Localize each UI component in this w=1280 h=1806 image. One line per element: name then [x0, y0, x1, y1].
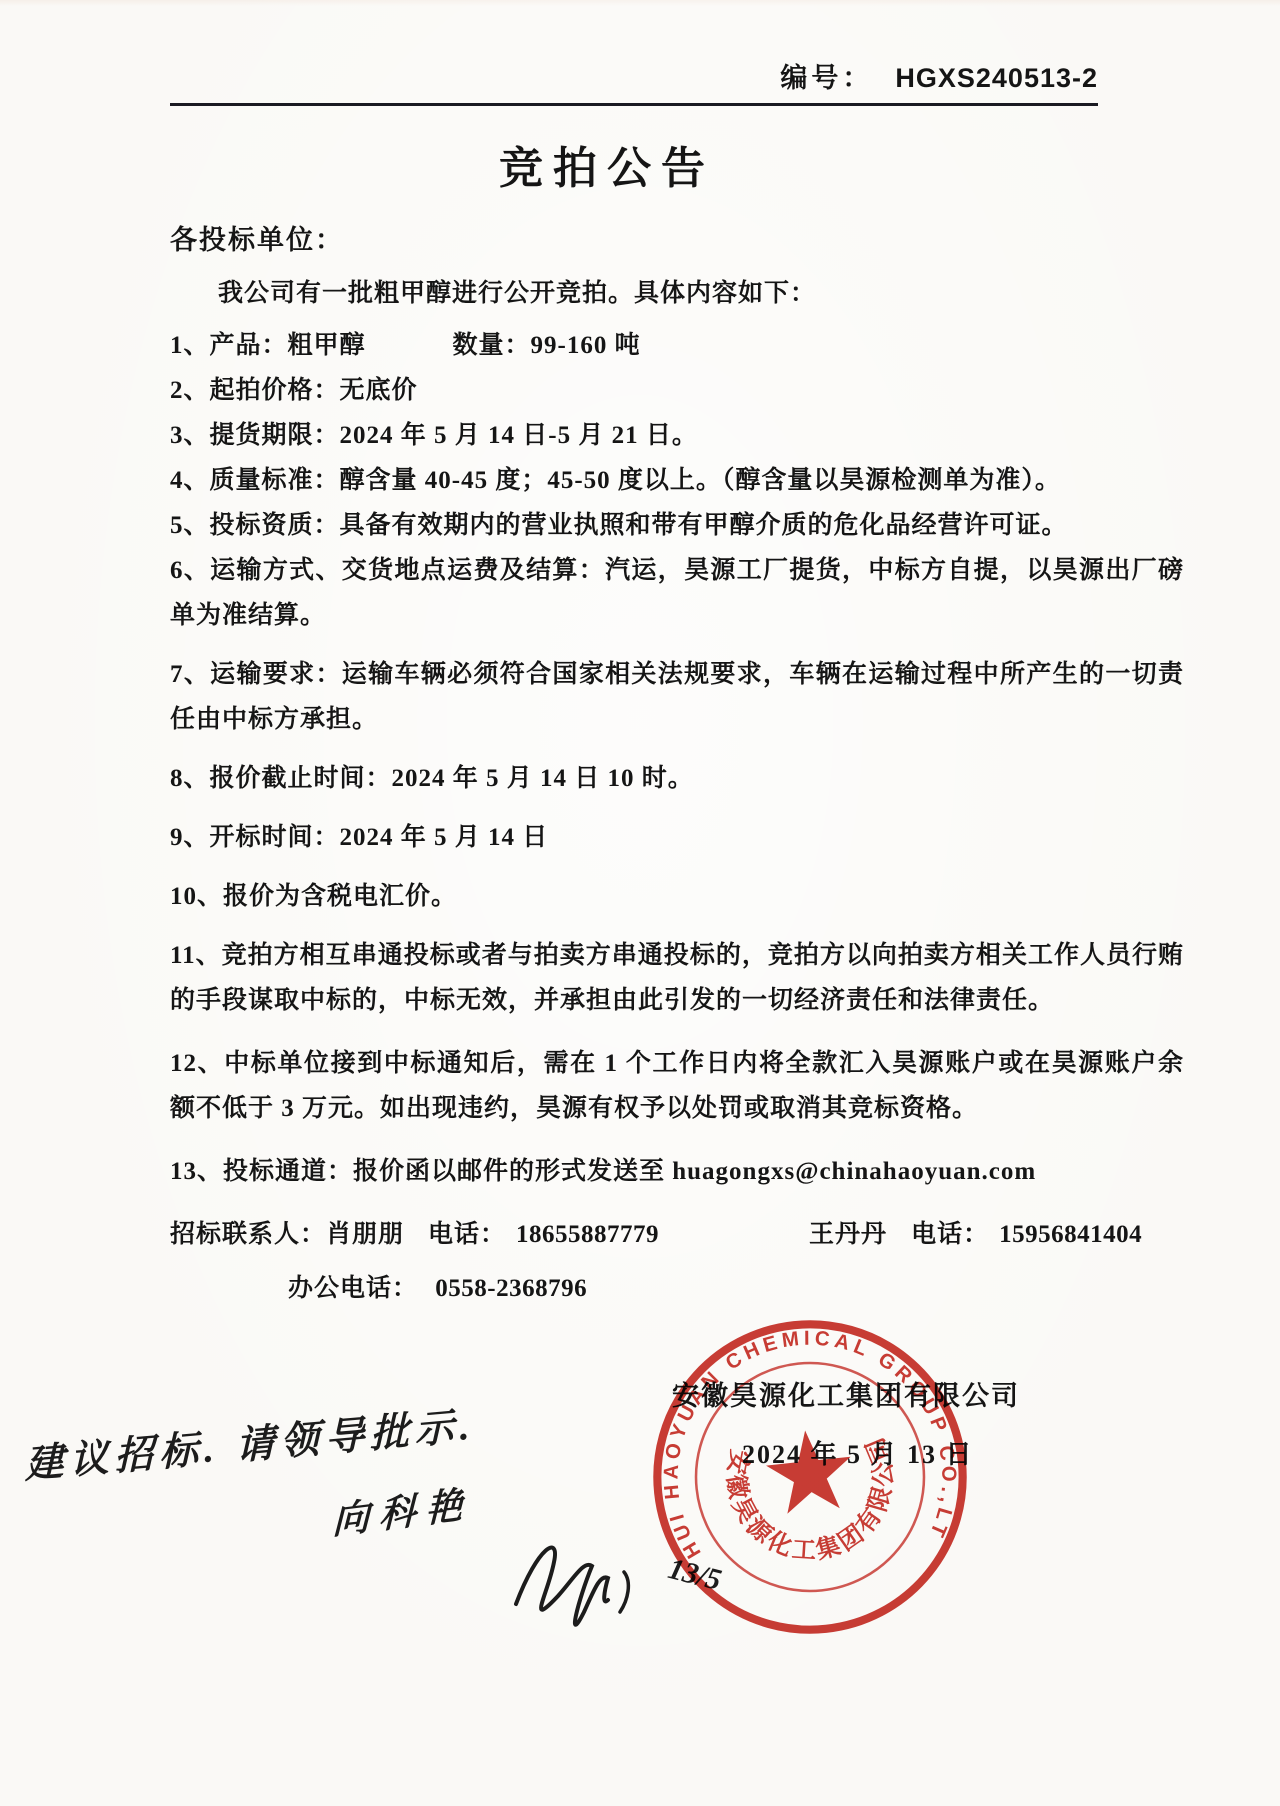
handwritten-note: 建议招标. 请领导批示. [24, 1394, 476, 1490]
salutation: 各投标单位： [170, 218, 1184, 257]
auction-item-11: 11、竞拍方相互串通投标或者与拍卖方串通投标的，竞拍方以向拍卖方相关工作人员行贿… [170, 933, 1184, 1023]
auction-item-3: 3、提货期限：2024 年 5 月 14 日-5 月 21 日。 [170, 413, 1184, 458]
contact2-phone: 15956841404 [999, 1221, 1142, 1249]
scanned-document-page: 编号：HGXS240513-2 竞拍公告 各投标单位： 我公司有一批粗甲醇进行公… [0, 0, 1280, 1806]
auction-item-2: 2、起拍价格：无底价 [170, 368, 1184, 413]
star-icon [763, 1426, 856, 1515]
contact2-name: 王丹丹 [809, 1214, 887, 1250]
contact1-name: 肖朋朋 [326, 1214, 404, 1250]
doc-number-label: 编号： [780, 63, 873, 93]
auction-item-1: 1、产品：粗甲醇 数量：99-160 吨 [170, 323, 1184, 368]
auction-item-7: 7、运输要求：运输车辆必须符合国家相关法规要求，车辆在运输过程中所产生的一切责任… [170, 652, 1184, 742]
auction-item-9: 9、开标时间：2024 年 5 月 14 日 [170, 815, 1184, 860]
official-seal: ANHUI HAOYUAN CHEMICAL GROUP CO.,LTD. 安徽… [642, 1304, 978, 1650]
contact2-phone-label: 电话： [911, 1214, 989, 1250]
document-body: 编号：HGXS240513-2 竞拍公告 各投标单位： 我公司有一批粗甲醇进行公… [0, 0, 1280, 1304]
auction-item-6: 6、运输方式、交货地点运费及结算：汽运，昊源工厂提货，中标方自提，以昊源出厂磅单… [170, 548, 1184, 638]
contact-row: 招标联系人： 肖朋朋 电话： 18655887779 王丹丹 电话： 15956… [170, 1214, 1184, 1250]
contact1-phone-label: 电话： [428, 1214, 506, 1250]
auction-item-4: 4、质量标准：醇含量 40-45 度；45-50 度以上。（醇含量以昊源检测单为… [170, 458, 1184, 503]
contact-label: 招标联系人： [170, 1214, 326, 1250]
auction-item-10: 10、报价为含税电汇价。 [170, 874, 1184, 919]
handwritten-signature: 向科艳 [332, 1473, 473, 1545]
intro-paragraph: 我公司有一批粗甲醇进行公开竞拍。具体内容如下： [170, 271, 1184, 317]
office-phone-label: 办公电话： [288, 1275, 418, 1302]
auction-item-5: 5、投标资质：具备有效期内的营业执照和带有甲醇介质的危化品经营许可证。 [170, 503, 1184, 548]
auction-item-13: 13、投标通道：报价函以邮件的形式发送至 huagongxs@chinahaoy… [170, 1149, 1184, 1194]
doc-number: HGXS240513-2 [895, 63, 1098, 93]
office-phone-row: 办公电话： 0558-2368796 [170, 1268, 1184, 1304]
contact1-phone: 18655887779 [516, 1221, 659, 1249]
signature-section: 安徽昊源化工集团有限公司 2024 年 5 月 13 日 建议招标. 请领导批示… [0, 1330, 1280, 1806]
office-phone: 0558-2368796 [435, 1275, 587, 1302]
page-title: 竞拍公告 [100, 132, 1114, 196]
auction-item-8: 8、报价截止时间：2024 年 5 月 14 日 10 时。 [170, 756, 1184, 801]
auction-item-12: 12、中标单位接到中标通知后，需在 1 个工作日内将全款汇入昊源账户或在昊源账户… [170, 1041, 1184, 1131]
doc-number-underline: 编号：HGXS240513-2 [170, 56, 1098, 106]
